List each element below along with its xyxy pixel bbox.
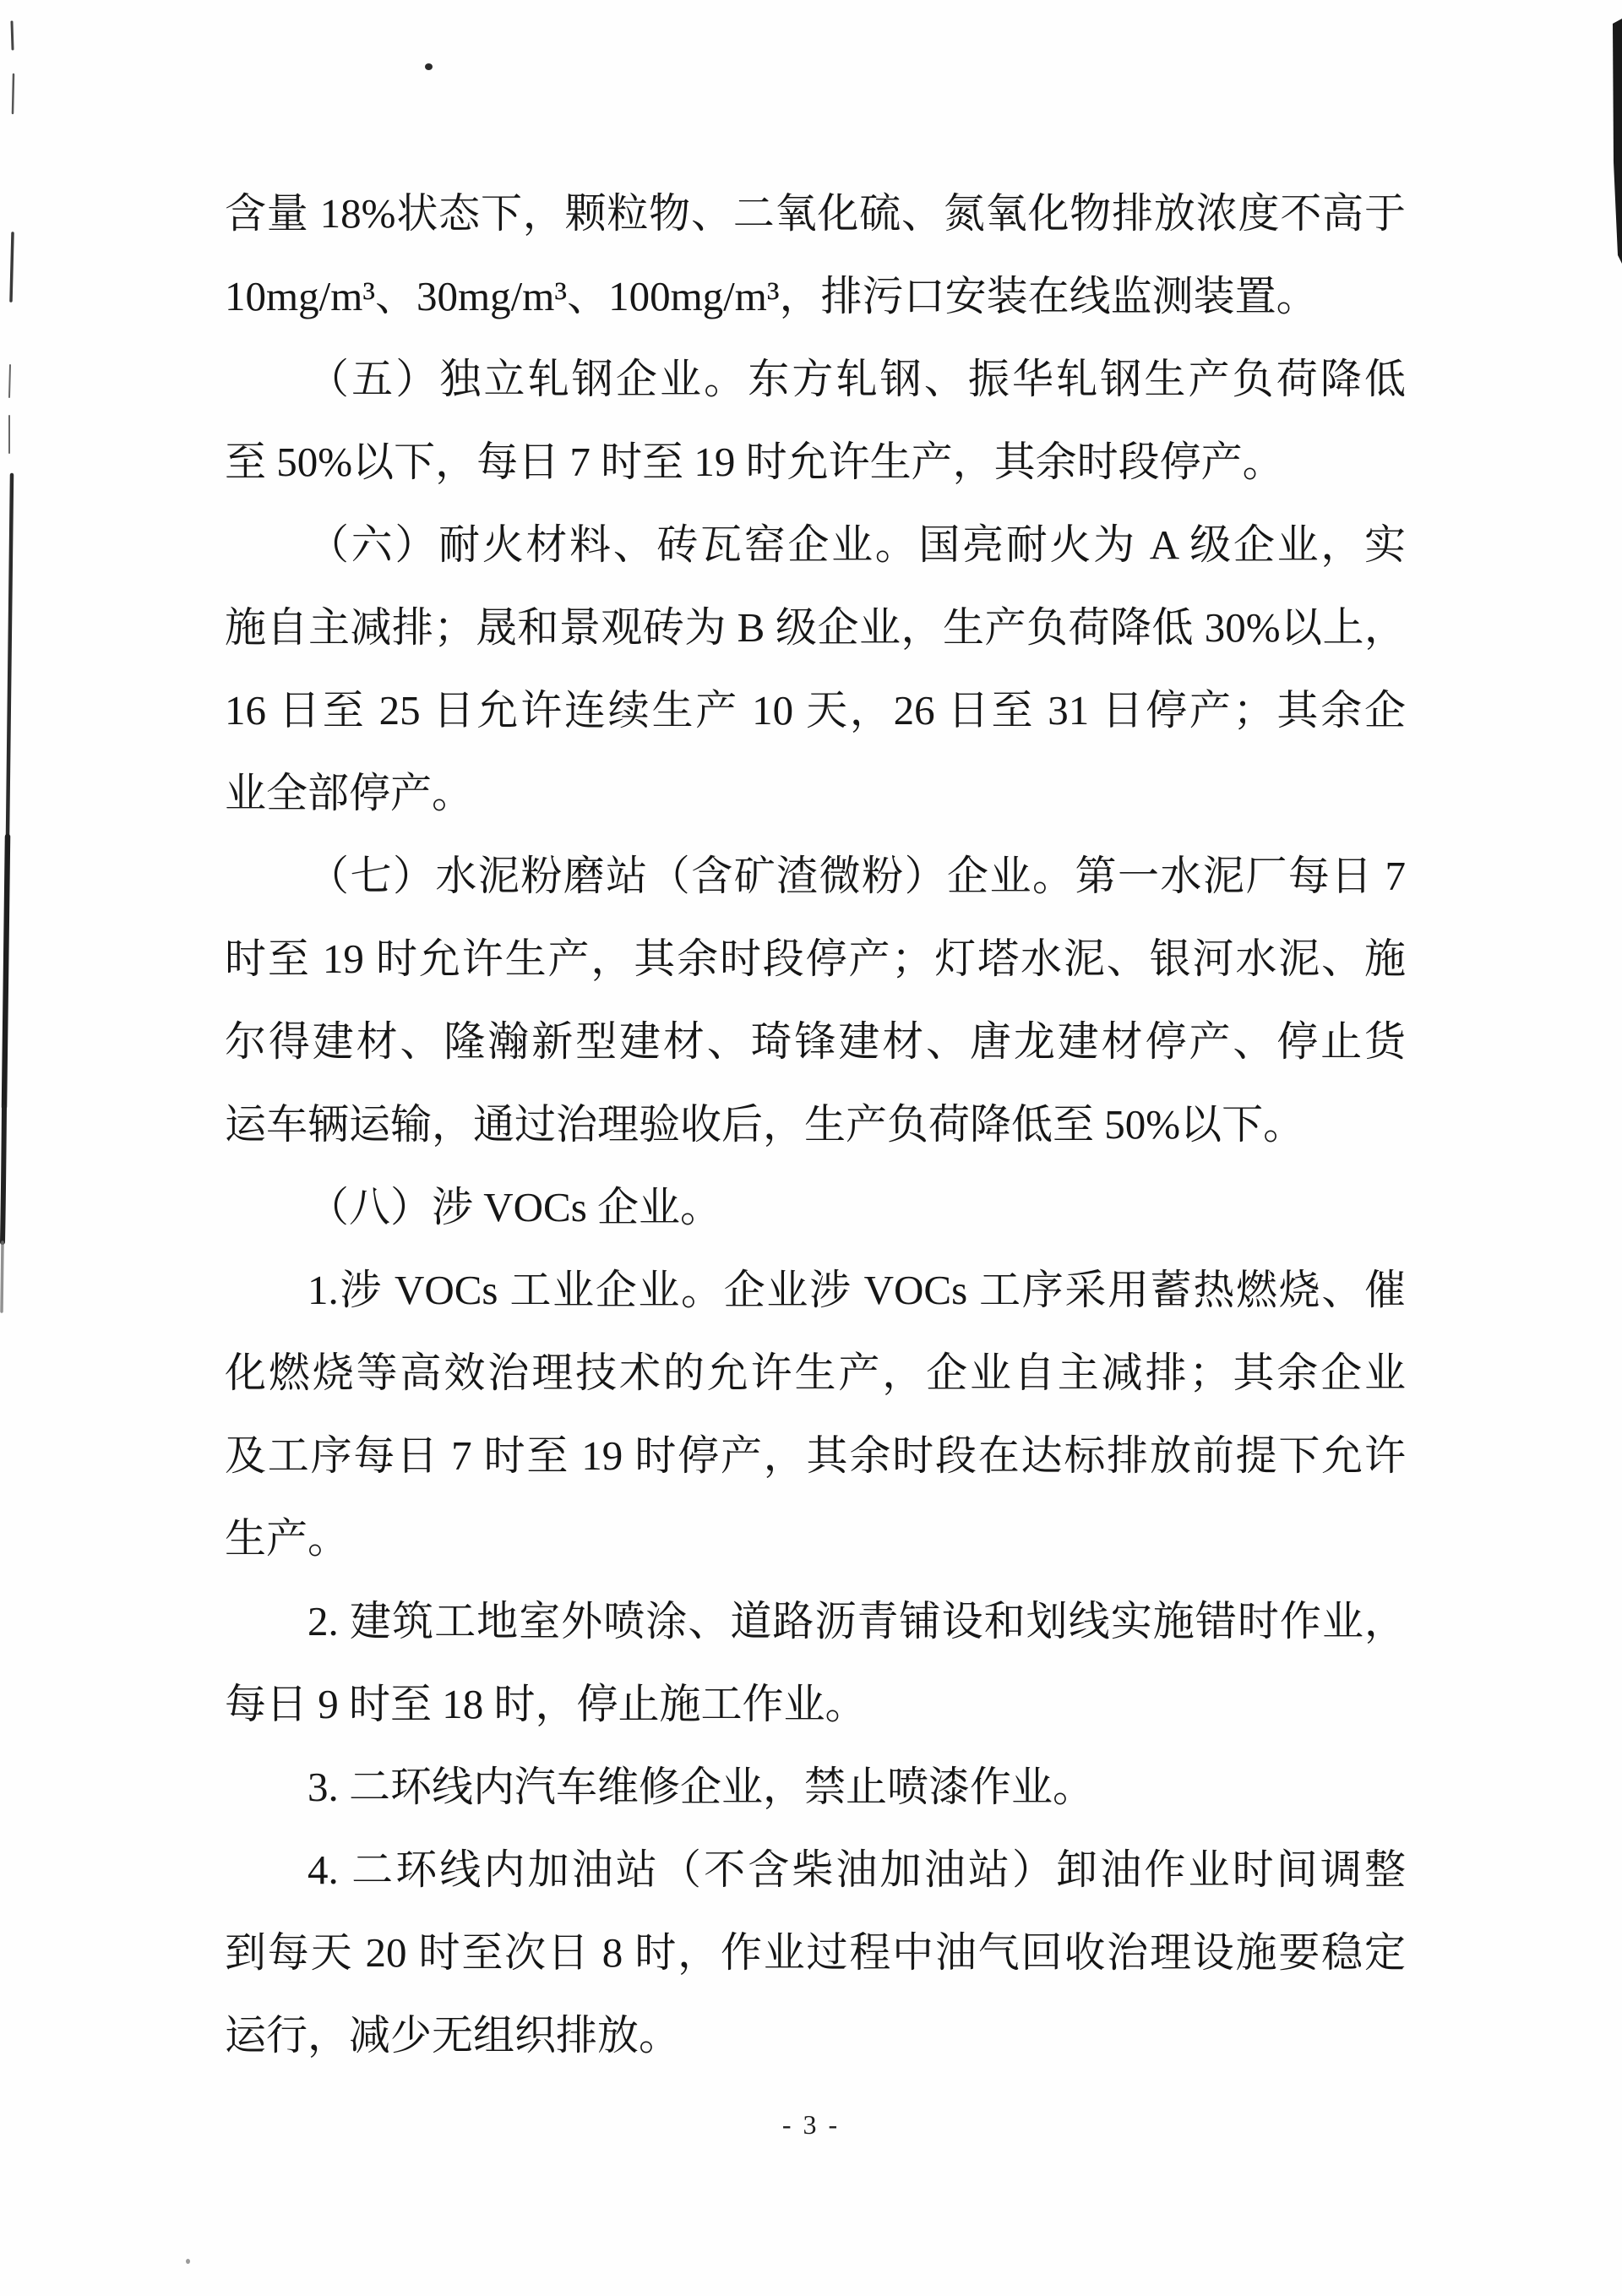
text-line: 尔得建材、隆瀚新型建材、琦锋建材、唐龙建材停产、停止货 (225, 1001, 1406, 1083)
scan-artifact-left-streak (0, 0, 20, 1352)
text-line: 业全部停产。 (225, 752, 1406, 835)
text-line: （六）耐火材料、砖瓦窑企业。国亮耐火为 A 级企业，实 (225, 504, 1406, 586)
text-line: 施自主减排；晟和景观砖为 B 级企业，生产负荷降低 30%以上， (225, 586, 1406, 669)
paragraph: 含量 18%状态下，颗粒物、二氧化硫、氮氧化物排放浓度不高于10mg/m³、30… (225, 172, 1406, 338)
paragraph: 3. 二环线内汽车维修企业，禁止喷漆作业。 (225, 1746, 1406, 1829)
text-line: 16 日至 25 日允许连续生产 10 天，26 日至 31 日停产；其余企 (225, 669, 1406, 752)
paragraph: （六）耐火材料、砖瓦窑企业。国亮耐火为 A 级企业，实施自主减排；晟和景观砖为 … (225, 504, 1406, 835)
text-line: 运车辆运输，通过治理验收后，生产负荷降低至 50%以下。 (225, 1083, 1406, 1166)
text-line: 到每天 20 时至次日 8 时，作业过程中油气回收治理设施要稳定 (225, 1912, 1406, 1994)
text-line: 生产。 (225, 1497, 1406, 1580)
text-line: 化燃烧等高效治理技术的允许生产，企业自主减排；其余企业 (225, 1332, 1406, 1415)
paragraph: 4. 二环线内加油站（不含柴油加油站）卸油作业时间调整到每天 20 时至次日 8… (225, 1829, 1406, 2077)
text-line: 3. 二环线内汽车维修企业，禁止喷漆作业。 (225, 1746, 1406, 1829)
scan-speck-top (425, 63, 433, 70)
text-line: （八）涉 VOCs 企业。 (225, 1166, 1406, 1249)
document-page: 含量 18%状态下，颗粒物、二氧化硫、氮氧化物排放浓度不高于10mg/m³、30… (0, 0, 1622, 2296)
text-line: 2. 建筑工地室外喷涂、道路沥青铺设和划线实施错时作业， (225, 1580, 1406, 1663)
text-line: 10mg/m³、30mg/m³、100mg/m³，排污口安装在线监测装置。 (225, 255, 1406, 338)
paragraph: （八）涉 VOCs 企业。 (225, 1166, 1406, 1249)
text-line: 含量 18%状态下，颗粒物、二氧化硫、氮氧化物排放浓度不高于 (225, 172, 1406, 255)
paragraph: 1.涉 VOCs 工业企业。企业涉 VOCs 工序采用蓄热燃烧、催化燃烧等高效治… (225, 1249, 1406, 1580)
text-line: 运行，减少无组织排放。 (225, 1994, 1406, 2077)
paragraph: （五）独立轧钢企业。东方轧钢、振华轧钢生产负荷降低至 50%以下，每日 7 时至… (225, 338, 1406, 504)
scan-artifact-right-bar (1610, 0, 1622, 270)
page-number: - 3 - (0, 2109, 1622, 2141)
text-line: （七）水泥粉磨站（含矿渣微粉）企业。第一水泥厂每日 7 (225, 835, 1406, 918)
text-line: 4. 二环线内加油站（不含柴油加油站）卸油作业时间调整 (225, 1829, 1406, 1912)
paragraph: （七）水泥粉磨站（含矿渣微粉）企业。第一水泥厂每日 7时至 19 时允许生产，其… (225, 835, 1406, 1166)
text-line: 每日 9 时至 18 时，停止施工作业。 (225, 1663, 1406, 1746)
document-body: 含量 18%状态下，颗粒物、二氧化硫、氮氧化物排放浓度不高于10mg/m³、30… (225, 172, 1406, 2077)
paragraph: 2. 建筑工地室外喷涂、道路沥青铺设和划线实施错时作业，每日 9 时至 18 时… (225, 1580, 1406, 1746)
text-line: 1.涉 VOCs 工业企业。企业涉 VOCs 工序采用蓄热燃烧、催 (225, 1249, 1406, 1332)
text-line: 至 50%以下，每日 7 时至 19 时允许生产，其余时段停产。 (225, 421, 1406, 504)
text-line: 及工序每日 7 时至 19 时停产，其余时段在达标排放前提下允许 (225, 1415, 1406, 1497)
text-line: （五）独立轧钢企业。东方轧钢、振华轧钢生产负荷降低 (225, 338, 1406, 421)
text-line: 时至 19 时允许生产，其余时段停产；灯塔水泥、银河水泥、施 (225, 918, 1406, 1001)
scan-speck-bottom (186, 2259, 190, 2264)
